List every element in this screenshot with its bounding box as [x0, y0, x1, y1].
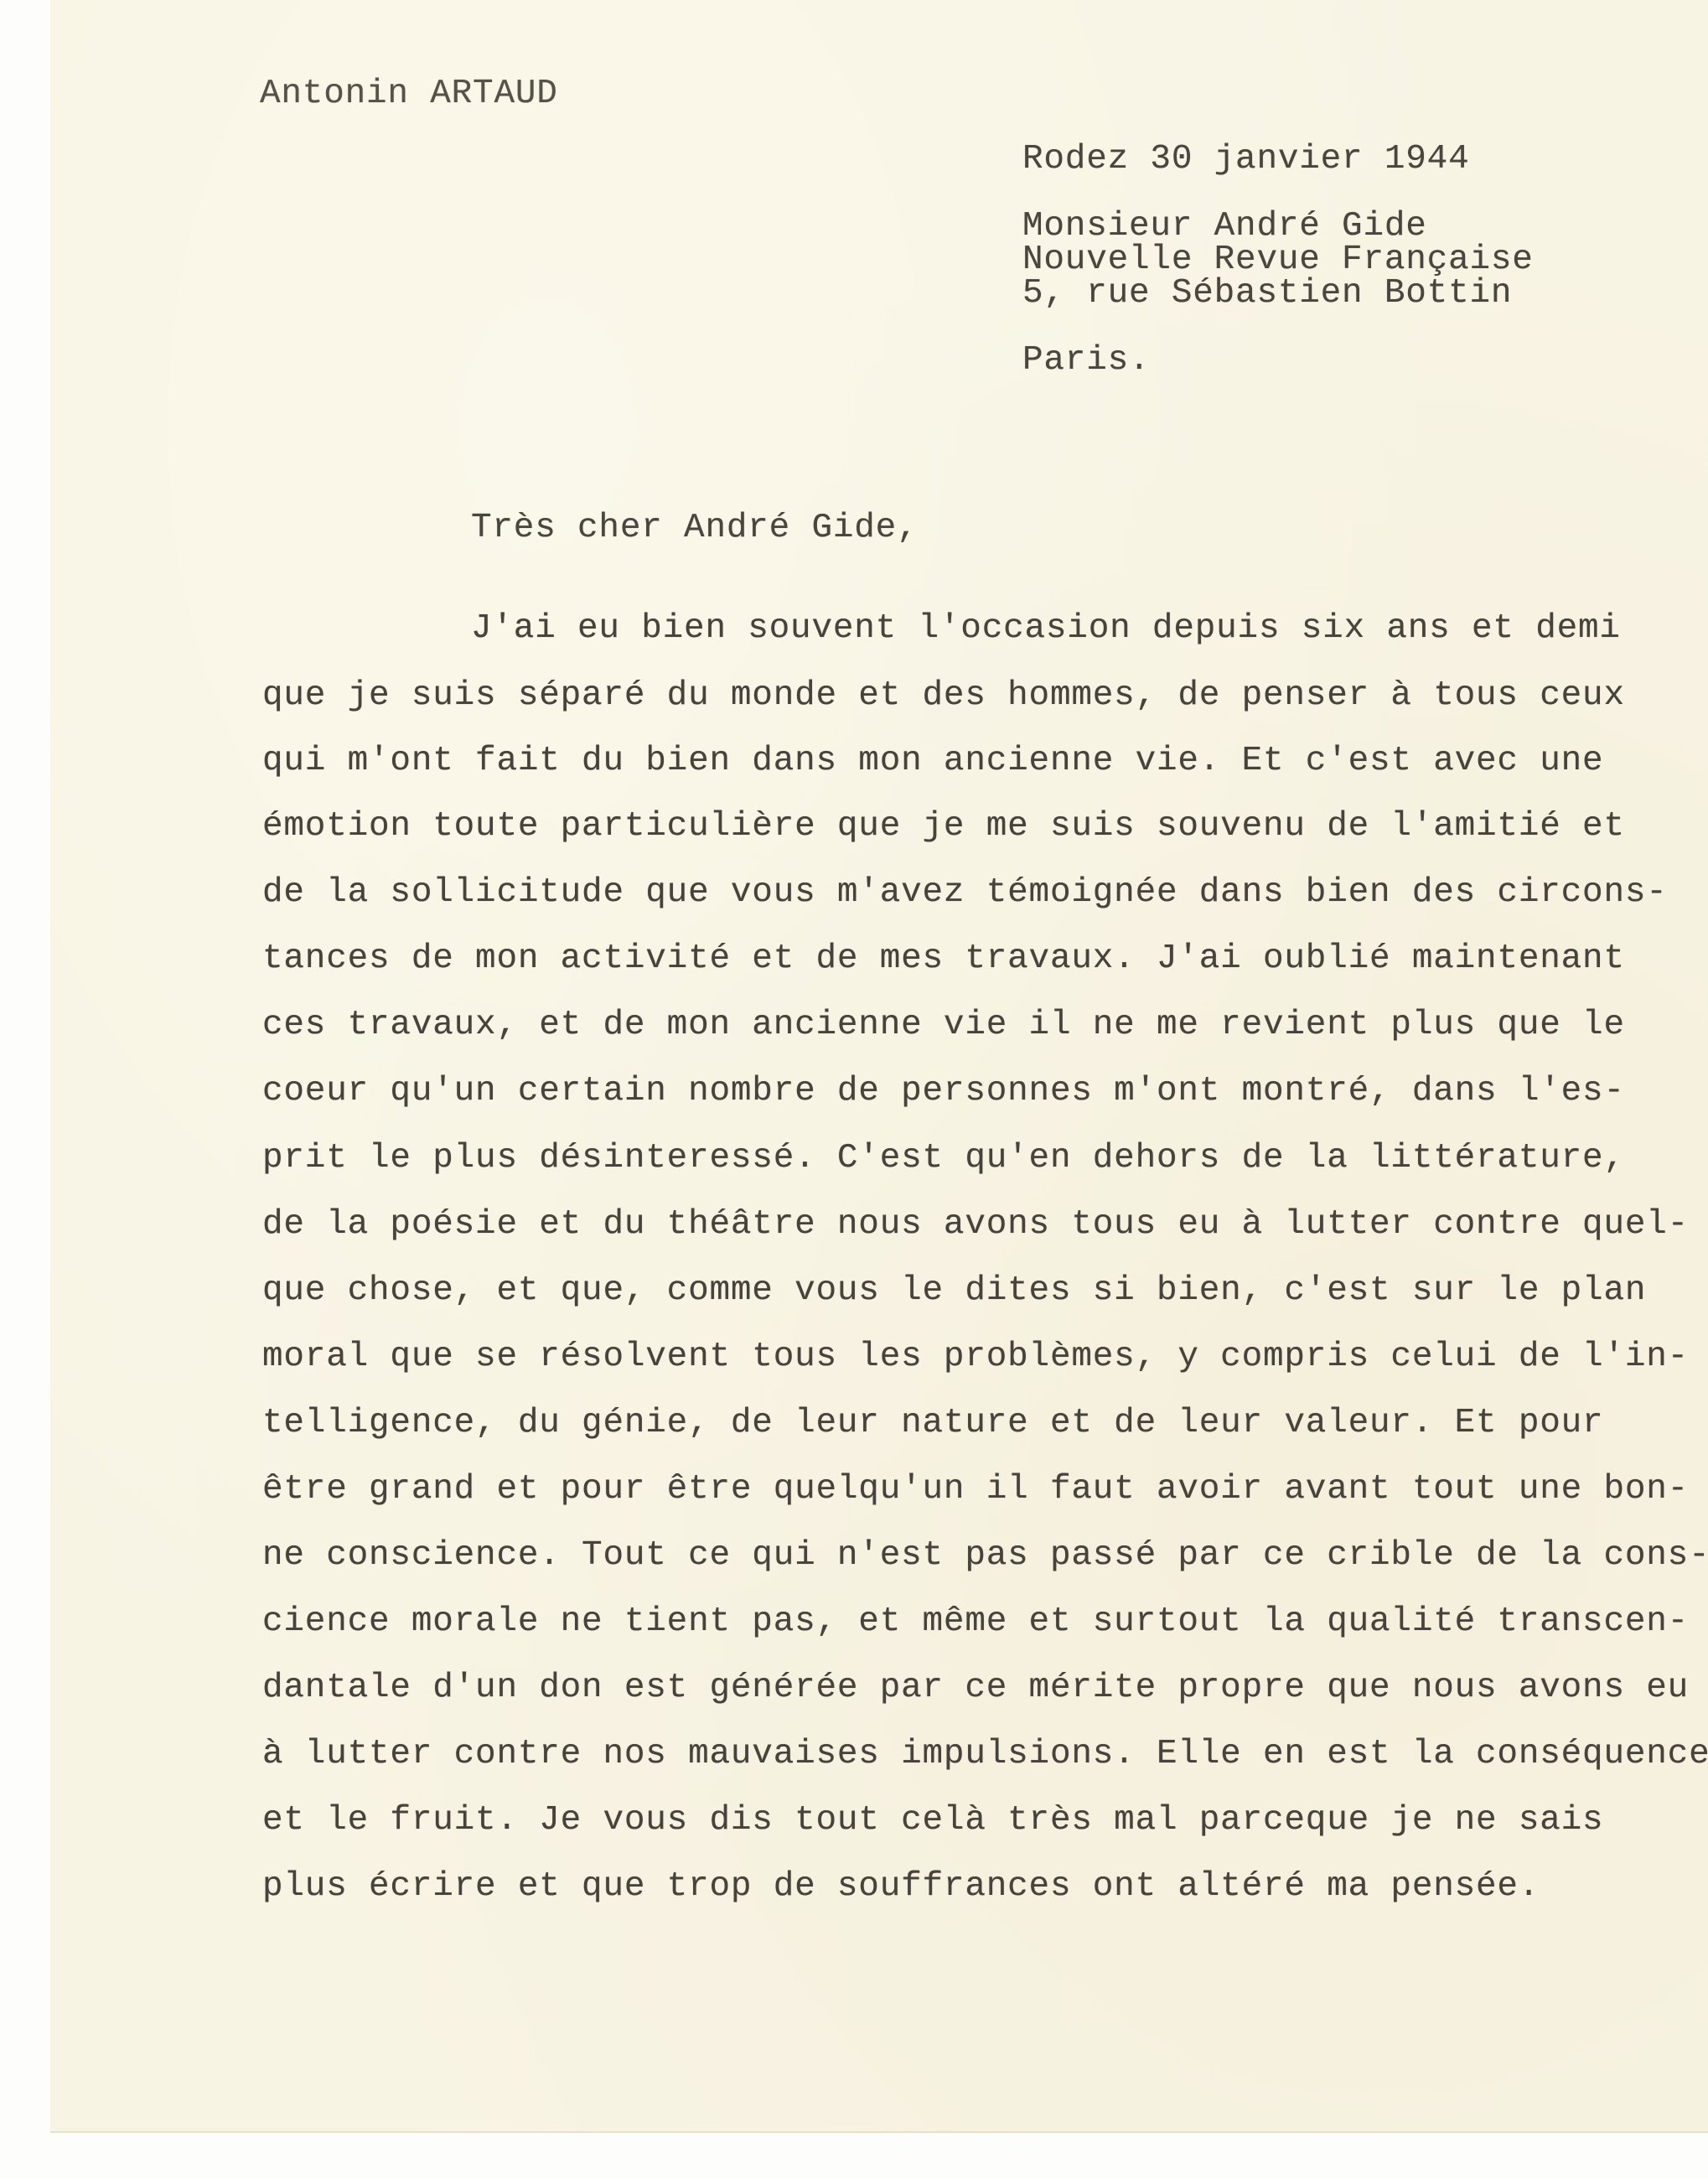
body-line: et le fruit. Je vous dis tout celà très … [262, 1804, 1603, 1838]
body-line: être grand et pour être quelqu'un il fau… [262, 1473, 1689, 1507]
body-line: ne conscience. Tout ce qui n'est pas pas… [262, 1539, 1708, 1573]
body-line: coeur qu'un certain nombre de personnes … [262, 1074, 1625, 1109]
recipient-name: Monsieur André Gide [1022, 210, 1427, 244]
body-line: à lutter contre nos mauvaises impulsions… [262, 1737, 1708, 1772]
recipient-organization: Nouvelle Revue Française [1022, 243, 1534, 277]
body-line: plus écrire et que trop de souffrances o… [262, 1870, 1540, 1904]
place-and-date: Rodez 30 janvier 1944 [1022, 142, 1469, 177]
recipient-city: Paris. [1022, 344, 1150, 378]
body-line: tances de mon activité et de mes travaux… [262, 942, 1625, 976]
body-line: que chose, et que, comme vous le dites s… [262, 1274, 1646, 1308]
body-line: J'ai eu bien souvent l'occasion depuis s… [471, 612, 1621, 646]
body-line: de la sollicitude que vous m'avez témoig… [262, 876, 1668, 910]
salutation: Très cher André Gide, [471, 511, 918, 546]
body-line: cience morale ne tient pas, et même et s… [262, 1605, 1689, 1639]
body-line: émotion toute particulière que je me sui… [262, 810, 1625, 844]
body-line: que je suis séparé du monde et des homme… [262, 679, 1625, 713]
recipient-street: 5, rue Sébastien Bottin [1022, 277, 1512, 311]
body-line: ces travaux, et de mon ancienne vie il n… [262, 1008, 1625, 1043]
body-line: telligence, du génie, de leur nature et … [262, 1406, 1603, 1441]
body-line: prit le plus désinteressé. C'est qu'en d… [262, 1141, 1625, 1176]
body-line: de la poésie et du théâtre nous avons to… [262, 1208, 1689, 1242]
body-line: qui m'ont fait du bien dans mon ancienne… [262, 744, 1603, 779]
body-line: moral que se résolvent tous les problème… [262, 1340, 1689, 1374]
sender-name: Antonin ARTAUD [260, 77, 558, 111]
body-line: dantale d'un don est générée par ce méri… [262, 1671, 1689, 1705]
